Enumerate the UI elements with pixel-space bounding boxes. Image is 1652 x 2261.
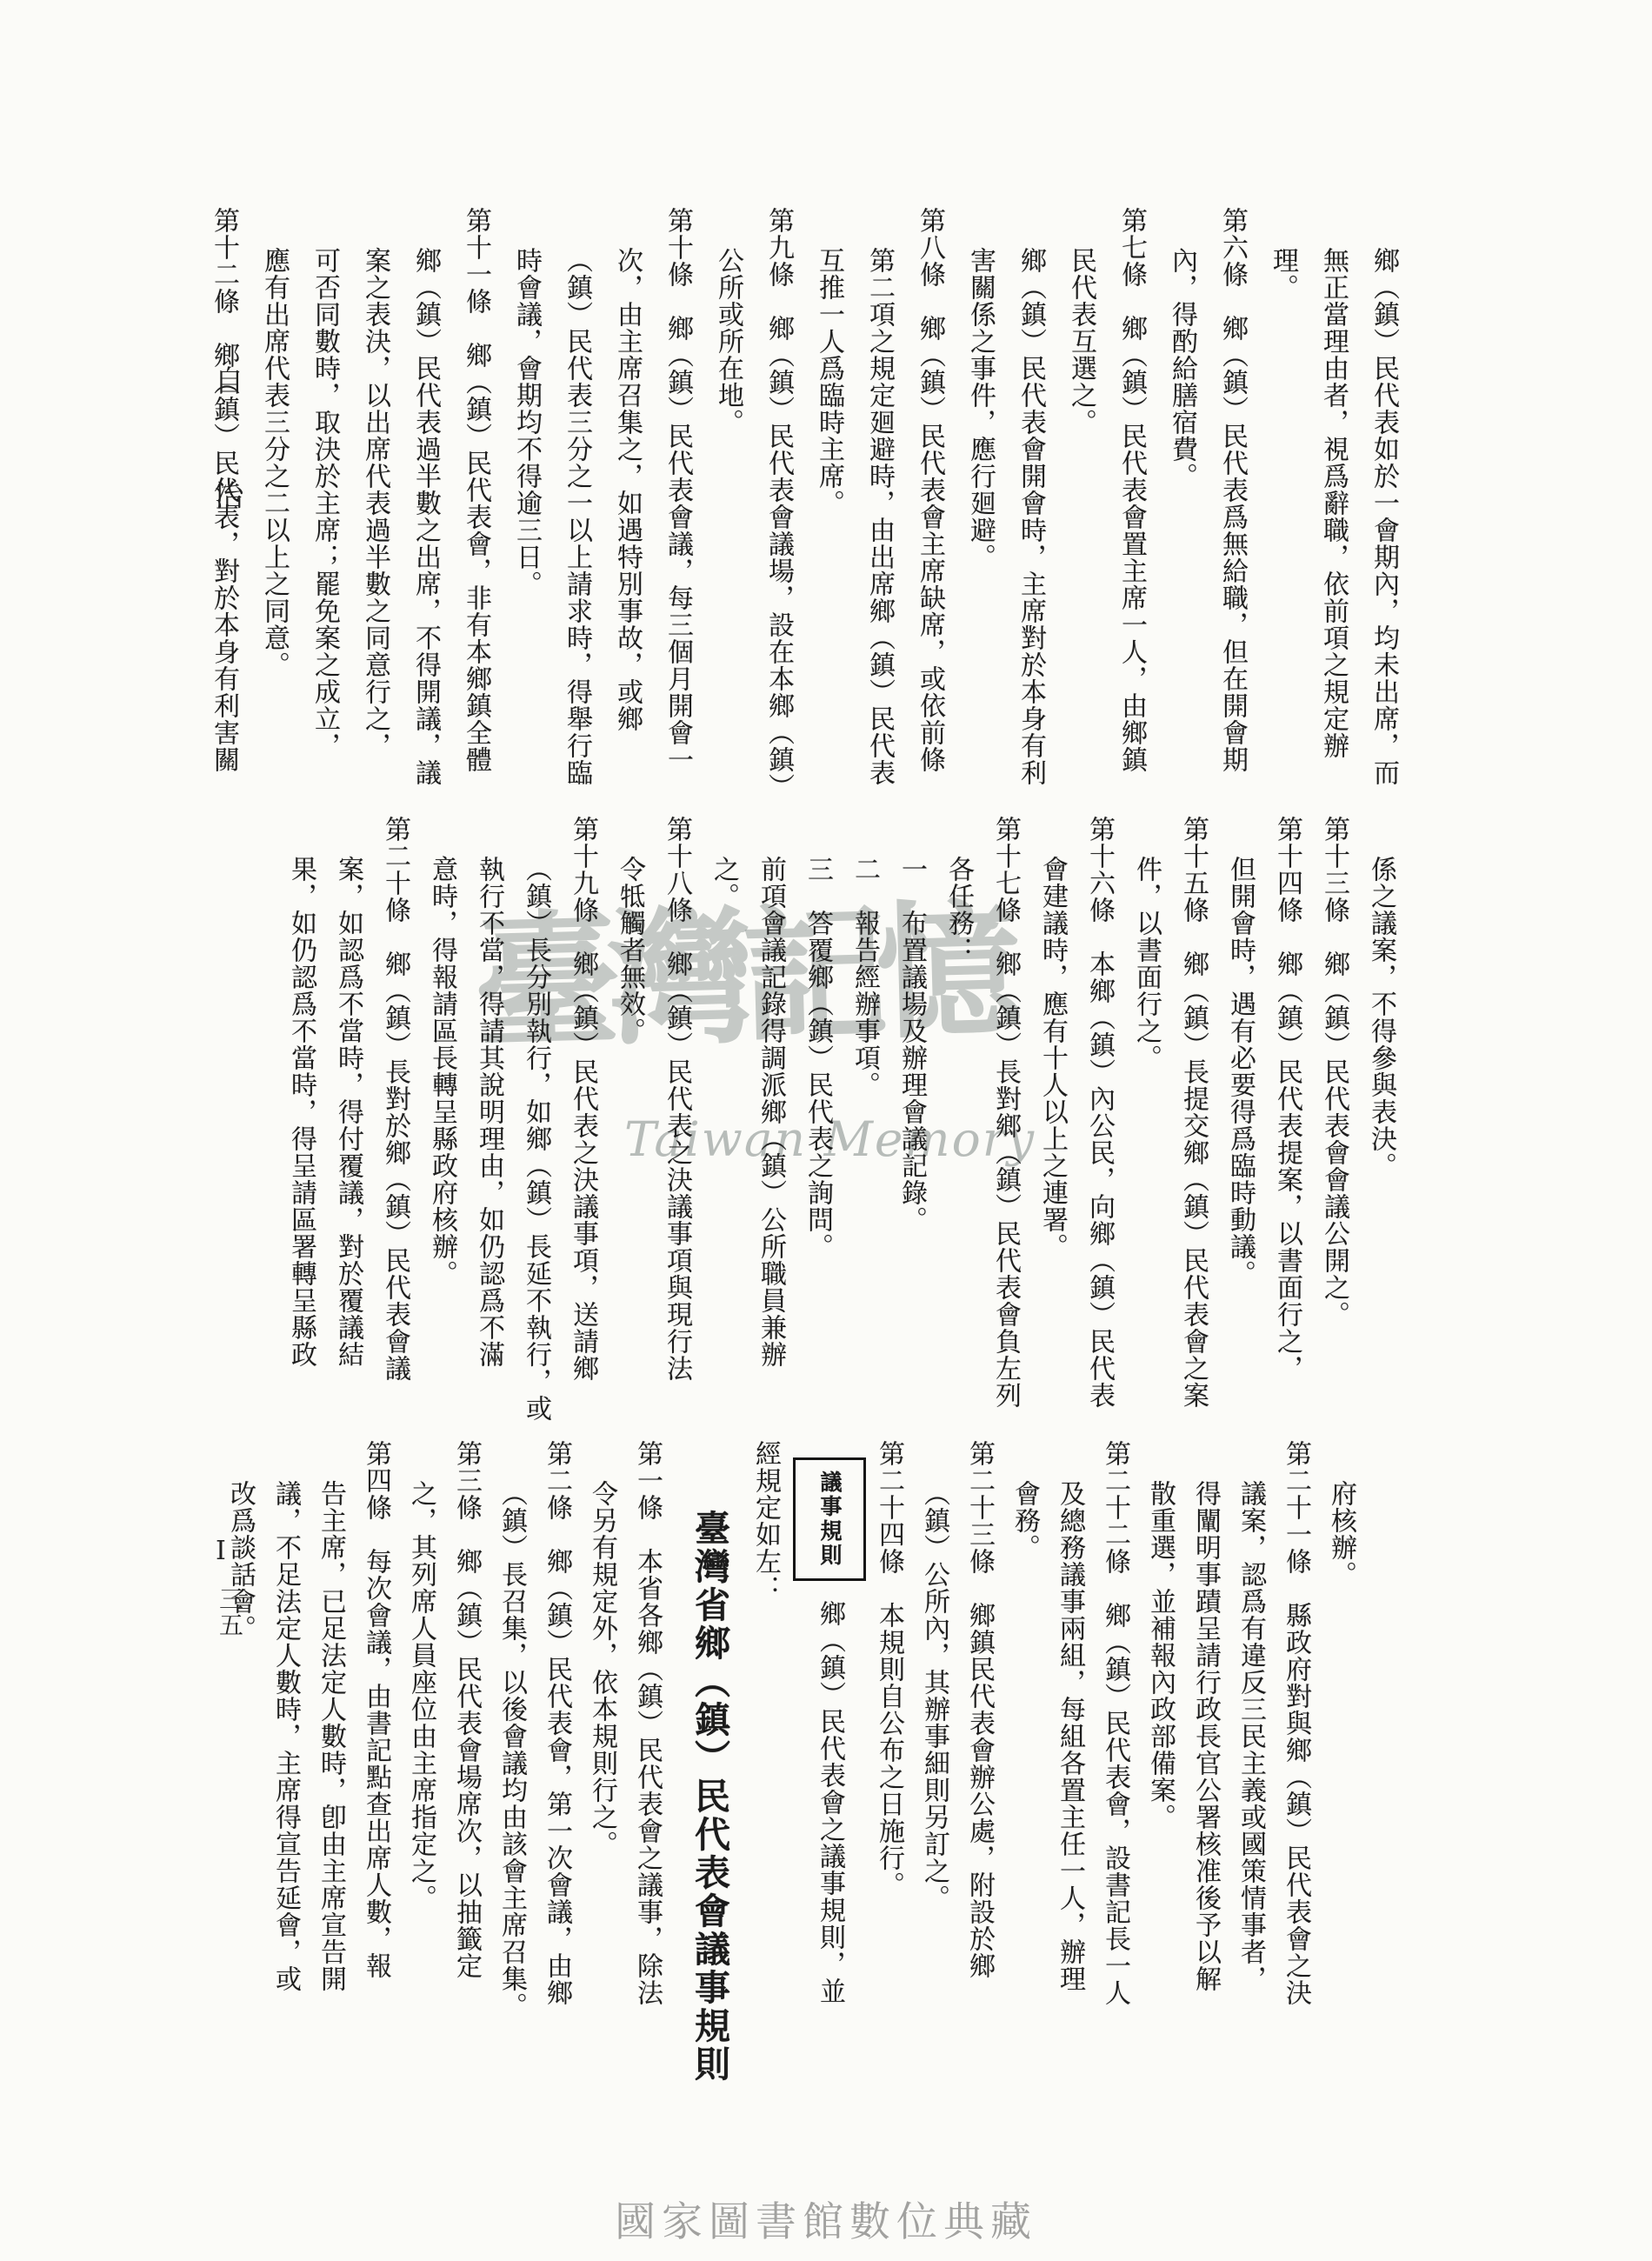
text-column: 議案，認爲有違反三民主義或國策情事者， (1228, 1440, 1273, 2101)
text-column: 民代表互選之。 (1056, 207, 1106, 810)
text-column: 第一條 本省各鄉（鎮）民代表會之議事，除法 (624, 1440, 669, 2101)
text-column: 令另有規定外，依本規則行之。 (579, 1440, 624, 2101)
text-column: 之，其列席人員座位由主席指定之。 (398, 1440, 443, 2101)
scanned-page: 臺灣記憶 Taiwan Memory 鄉（鎮）民代表如於一會期內，均未出席，而無… (0, 0, 1652, 2261)
library-caption: 國家圖書館數位典藏 (0, 2190, 1652, 2248)
text-column: 一 布置議場及辦理會議記錄。 (888, 816, 935, 1437)
text-column: 但開會時，遇有必要得爲臨時動議。 (1216, 816, 1263, 1437)
section-margin-label: 自治 (205, 365, 248, 595)
text-column: 鄉（鎮）民代表過半數之出席，不得開議，議 (400, 207, 450, 810)
text-column: 案，如認爲不當時，得付覆議，對於覆議結 (324, 816, 371, 1437)
folio-page-number: 三五 (212, 1586, 247, 1638)
text-column: （鎮）民代表三分之一以上請求時，得舉行臨 (551, 207, 602, 810)
text-column: 內，得酌給膳宿費。 (1156, 207, 1207, 810)
text-column: 第十四條 鄉（鎮）民代表提案，以書面行之， (1263, 816, 1310, 1437)
section-title-column: 臺灣省鄉（鎮）民代表會議事規則 (676, 1440, 743, 2101)
text-column: 第二十二條 鄉（鎮）民代表會，設書記長一人 (1092, 1440, 1137, 2101)
text-column: 理。 (1257, 207, 1308, 810)
text-column: 鄉（鎮）民代表如於一會期內，均未出席，而 (1358, 207, 1409, 810)
text-column: 第十條 鄉（鎮）民代表會議，每三個月開會一 (652, 207, 703, 810)
rules-section-box: 議事規則 (793, 1457, 866, 1581)
text-band-bottom: 府核辦。第二十一條 縣政府對與鄉（鎮）民代表會之決議案，認爲有違反三民主義或國策… (217, 1440, 1363, 2101)
text-column: 之。 (700, 816, 747, 1437)
rules-header-column: 議事規則鄉（鎮）民代表會之議事規則，並 (793, 1440, 866, 2101)
text-column: 第二十四條 本規則自公布之日施行。 (866, 1440, 911, 2101)
text-column: 第十三條 鄉（鎮）民代表會會議公開之。 (1310, 816, 1357, 1437)
text-column: 次，由主席召集之，如遇特別事故，或鄉 (602, 207, 652, 810)
text-column: 時會議，會期均不得逾三日。 (501, 207, 551, 810)
text-column: 無正當理由者，視爲辭職，依前項之規定辦 (1308, 207, 1358, 810)
text-column: 第二條 鄉（鎮）民代表會，第一次會議，由鄉 (534, 1440, 579, 2101)
text-column: 鄉（鎮）民代表會開會時，主席對於本身有利 (1005, 207, 1056, 810)
text-column: 告主席，已足法定人數時，卽由主席宣告開 (308, 1440, 353, 2101)
text-column: （鎮）長召集，以後會議均由該會主席召集。 (489, 1440, 534, 2101)
text-column: 可否同數時，取決於主席；罷免案之成立， (299, 207, 350, 810)
text-column: 係之議案，不得參與表決。 (1357, 816, 1404, 1437)
text-column: 會建議時，應有十人以上之連署。 (1029, 816, 1076, 1437)
text-column: 第十七條 鄉（鎮）長對鄉（鎮）民代表會負左列 (982, 816, 1029, 1437)
text-column: 果，如仍認爲不當時，得呈請區署轉呈縣政 (277, 816, 324, 1437)
text-column: 應有出席代表三分之二以上之同意。 (249, 207, 299, 810)
text-column: 互推一人爲臨時主席。 (803, 207, 854, 810)
text-column: 第八條 鄉（鎮）民代表會主席缺席，或依前條 (904, 207, 955, 810)
text-column: 第六條 鄉（鎮）民代表爲無給職，但在開會期 (1207, 207, 1257, 810)
text-column: 害關係之事件，應行廻避。 (955, 207, 1005, 810)
text-column: 意時，得報請區長轉呈縣政府核辦。 (418, 816, 465, 1437)
text-column: 府核辦。 (1318, 1440, 1363, 2101)
text-column: 件，以書面行之。 (1122, 816, 1169, 1437)
text-column: 第四條 每次會議，由書記點查出席人數，報 (353, 1440, 398, 2101)
text-column: 第三條 鄉（鎮）民代表會場席次，以抽籤定 (443, 1440, 489, 2101)
text-column: 第二十條 鄉（鎮）長對於鄉（鎮）民代表會議 (371, 816, 418, 1437)
text-column: 第二十三條 鄉鎮民代表會辦公處，附設於鄉 (956, 1440, 1002, 2101)
text-column: 第九條 鄉（鎮）民代表會議場，設在本鄉（鎮） (753, 207, 803, 810)
text-column: 第十六條 本鄉（鎮）內公民，向鄉（鎮）民代表 (1076, 816, 1122, 1437)
text-column: 案之表決，以出席代表過半數之同意行之， (350, 207, 400, 810)
text-column: 三 答覆鄉（鎮）民代表之詢問。 (794, 816, 841, 1437)
text-column: 散重選，並補報內政部備案。 (1137, 1440, 1182, 2101)
text-column: 執行不當，得請其說明理由，如仍認爲不滿 (465, 816, 512, 1437)
text-run: 鄉（鎮）民代表會之議事規則，並 (815, 1600, 845, 2004)
text-column: （鎮）公所內，其辦事細則另訂之。 (911, 1440, 956, 2101)
text-column: 第十五條 鄉（鎮）長提交鄉（鎮）民代表會之案 (1169, 816, 1216, 1437)
text-column: 令牴觸者無效。 (606, 816, 653, 1437)
text-column: 第七條 鄉（鎮）民代表會置主席一人，由鄉鎮 (1106, 207, 1156, 810)
text-column: 及總務議事兩組，每組各置主任一人，辦理 (1047, 1440, 1092, 2101)
text-band-middle: 係之議案，不得參與表決。第十三條 鄉（鎮）民代表會會議公開之。第十四條 鄉（鎮）… (277, 816, 1404, 1437)
text-column: 第十九條 鄉（鎮）民代表之決議事項，送請鄉 (559, 816, 606, 1437)
folio-roman-numeral: Ⅰ (216, 1536, 226, 1566)
text-column: 會務。 (1002, 1440, 1047, 2101)
text-column: 前項會議記錄得調派鄉（鎮）公所職員兼辦 (747, 816, 794, 1437)
text-column: 第十一條 鄉（鎮）民代表會，非有本鄉鎮全體 (450, 207, 501, 810)
text-column: （鎮）長分別執行，如鄉（鎮）長延不執行，或 (512, 816, 559, 1437)
text-column: 第二十一條 縣政府對與鄉（鎮）民代表會之決 (1273, 1440, 1318, 2101)
text-column: 各任務： (935, 816, 982, 1437)
text-band-top: 鄉（鎮）民代表如於一會期內，均未出席，而無正當理由者，視爲辭職，依前項之規定辦理… (198, 207, 1409, 810)
text-column: 公所或所在地。 (703, 207, 753, 810)
text-column: 得闡明事蹟呈請行政長官公署核准後予以解 (1182, 1440, 1228, 2101)
text-column: 經規定如左： (743, 1440, 788, 2101)
text-column: 第二項之規定廻避時，由出席鄉（鎮）民代表 (854, 207, 904, 810)
text-column: 第十八條 鄉（鎮）民代表之決議事項與現行法 (653, 816, 700, 1437)
text-column: 二 報告經辦事項。 (841, 816, 888, 1437)
text-column: 議，不足法定人數時，主席得宣告延會，或 (263, 1440, 308, 2101)
